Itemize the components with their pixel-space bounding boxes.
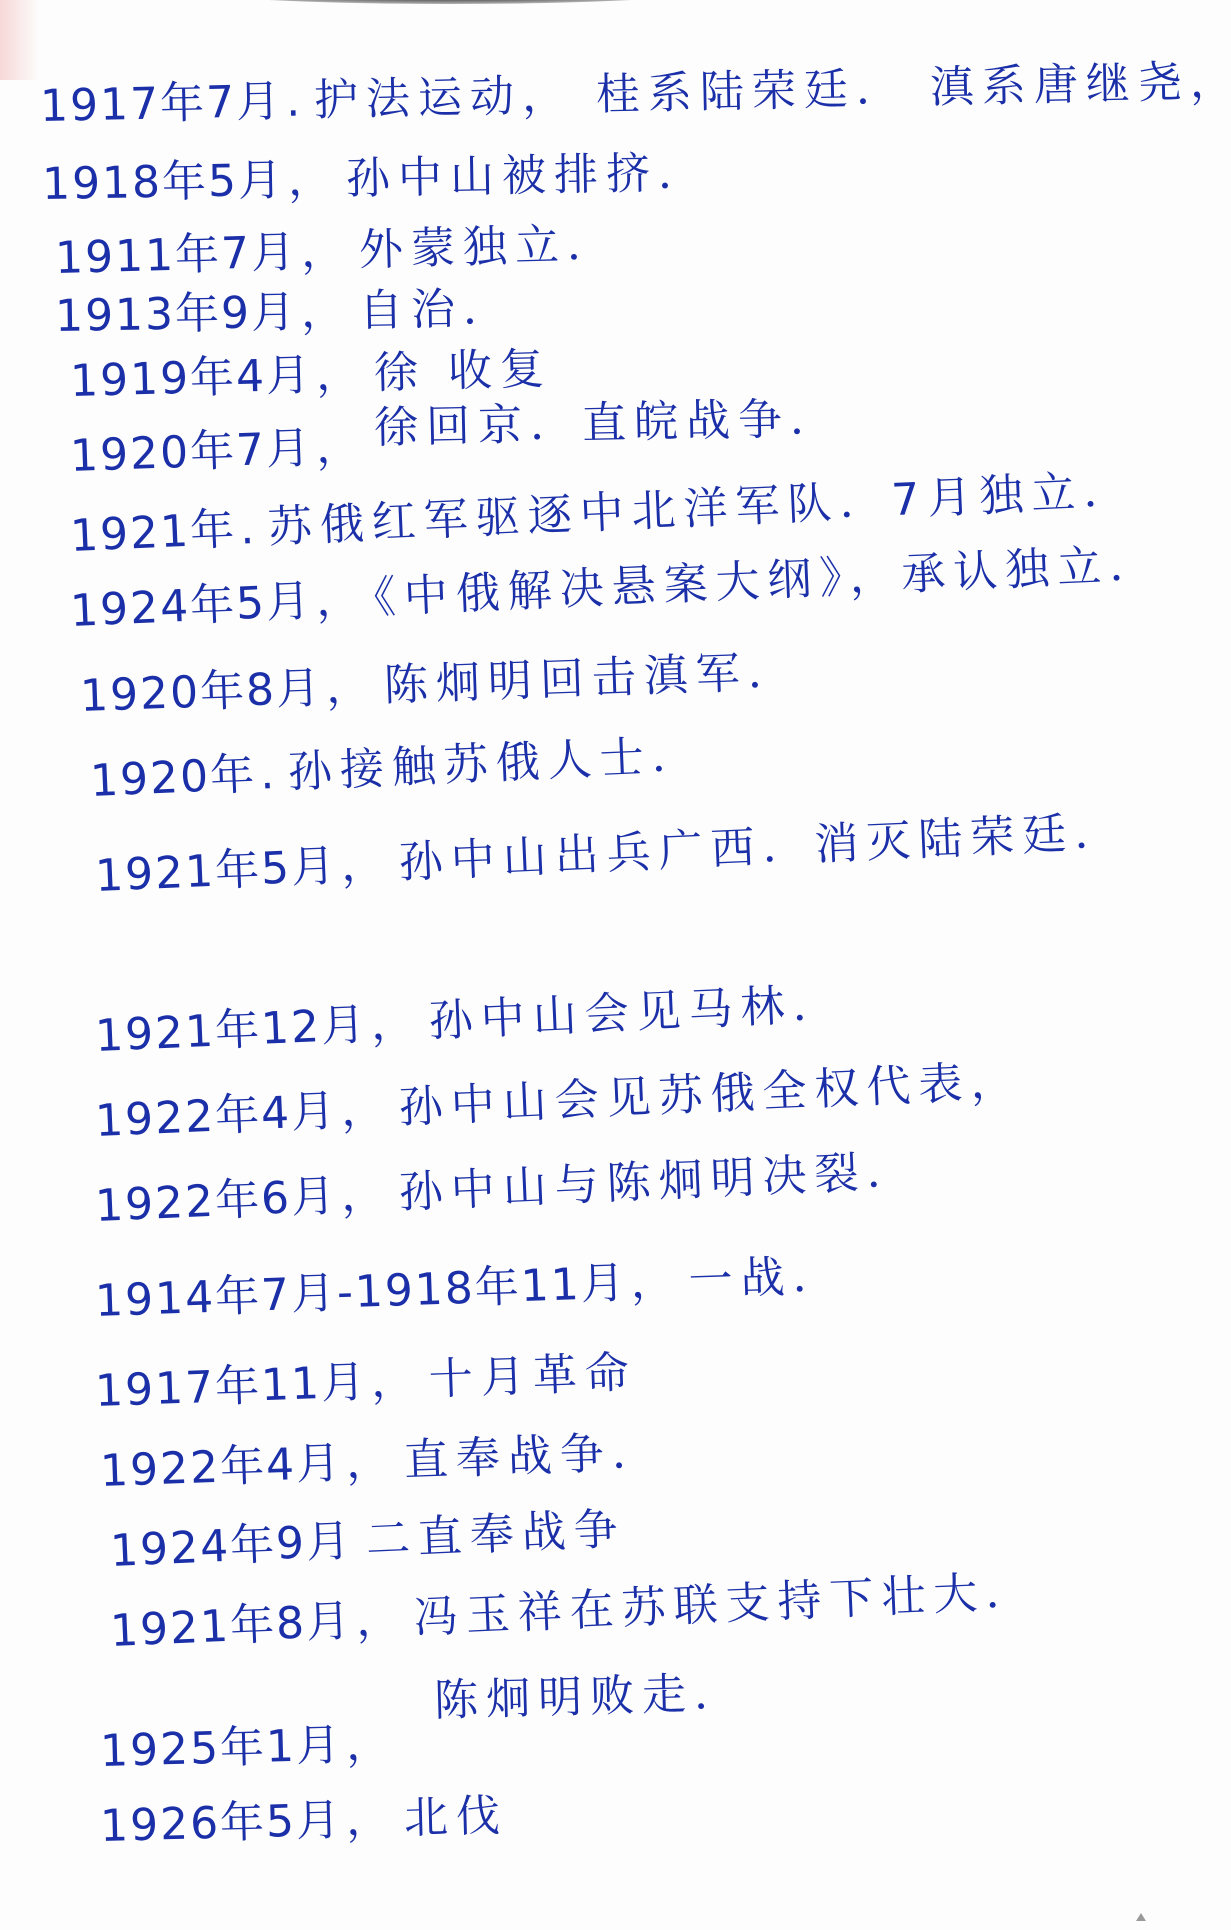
timeline-entry: 徐回京．直皖战争． [359, 382, 842, 456]
entry-event: 自治． [359, 283, 516, 337]
entry-date: 1925年1月 [99, 1720, 342, 1777]
entry-date: 1917年7月 [40, 76, 283, 132]
entry-event: 二直奉战争 [365, 1504, 627, 1566]
entry-date: 1918年5月 [42, 155, 285, 210]
entry-separator: ， [340, 1083, 390, 1136]
entry-event: 孙中山会见马林． [428, 978, 846, 1047]
entry-event: 冯玉祥在苏联支持下壮大． [413, 1566, 1039, 1644]
entry-separator: ， [325, 661, 375, 714]
entry-separator: ， [301, 286, 350, 338]
entry-separator: ， [345, 1436, 395, 1489]
entry-date: 1919年4月 [69, 350, 312, 407]
timeline-entry: 1917年11月，十月革命 [94, 1336, 638, 1419]
entry-event: 孙中山被排挤． [346, 147, 711, 204]
entry-separator: ， [315, 573, 365, 626]
timeline-entry: 1920年7月， [69, 409, 375, 484]
entry-event: 北伐 [403, 1790, 508, 1844]
entry-separator: ， [340, 1168, 390, 1221]
timeline-entry: 1922年4月，直奉战争． [99, 1415, 665, 1499]
entry-event: 一战． [688, 1250, 846, 1306]
entry-date: 1921年5月 [94, 840, 338, 902]
entry-date: 1913年9月 [55, 287, 298, 342]
entry-separator: . [285, 75, 304, 126]
entry-event: 孙中山与陈炯明决裂． [398, 1145, 920, 1219]
entry-separator: . [259, 748, 279, 800]
entry-separator [423, 1676, 424, 1727]
entry-date: 1924年5月 [69, 575, 313, 637]
entry-event: 陈炯明败走． [433, 1667, 746, 1726]
timeline-entry: 1917年7月.护法运动， 桂系陆荣廷． 滇系唐继尧， [39, 45, 1231, 134]
entry-event: 陈炯明回击滇军． [383, 646, 801, 711]
entry-event: 孙接触苏俄人士． [287, 729, 705, 798]
entry-date: 1921年12月 [94, 999, 368, 1062]
entry-separator: ， [345, 1718, 394, 1770]
entry-date: 1920年8月 [79, 663, 323, 722]
entry-event: 十月革命 [428, 1347, 638, 1405]
timeline-entry: 1918年5月，孙中山被排挤． [41, 136, 710, 212]
timeline-entry: 陈炯明败走． [419, 1656, 747, 1729]
entry-event: 徐回京．直皖战争． [374, 393, 843, 454]
timeline-entry: 1924年9月二直奉战争 [109, 1493, 627, 1579]
entry-separator: ， [345, 1793, 394, 1845]
entry-date: 1920年7月 [69, 423, 313, 482]
entry-date: 1920年 [89, 749, 257, 807]
timeline-entry: 1921年5月，孙中山出兵广西．消灭陆荣廷． [94, 795, 1128, 904]
entry-separator: . [239, 503, 259, 555]
entry-date: 1926年5月 [99, 1795, 342, 1852]
timeline-entry: 1922年6月，孙中山与陈炯明决裂． [94, 1134, 920, 1234]
entry-date: 1924年9月 [109, 1515, 353, 1577]
timeline-entry: 1913年9月，自治． [54, 272, 515, 344]
entry-separator: ， [340, 838, 390, 891]
entry-date: 1921年8月 [109, 1595, 353, 1657]
entry-separator: ， [630, 1256, 680, 1309]
entry-date: 1922年4月 [99, 1438, 343, 1497]
entry-date: 1921年 [69, 504, 237, 562]
entry-event: 孙中山出兵广西．消灭陆荣廷． [398, 806, 1128, 889]
corner-tint [0, 0, 40, 80]
entry-event: 《中俄解决悬案大纲》，承认独立． [373, 538, 1162, 623]
entry-event [403, 1718, 404, 1769]
timeline-entry: 1921年12月，孙中山会见马林． [94, 967, 846, 1064]
entry-date: 1914年7月-1918年11月 [94, 1257, 627, 1327]
entry-date: 1917年11月 [94, 1357, 368, 1417]
timeline-entry: 1926年5月，北伐 [99, 1779, 509, 1854]
entry-separator: ， [355, 1593, 405, 1646]
entry-event: 外蒙独立． [358, 218, 619, 276]
entry-separator: ， [288, 154, 337, 206]
timeline-entry: 1922年4月，孙中山会见苏俄全权代表， [94, 1045, 1024, 1149]
entry-separator: ， [315, 348, 364, 400]
timeline-entry: 1920年.孙接触苏俄人士． [89, 718, 705, 809]
notebook-page: 1917年7月.护法运动， 桂系陆荣廷． 滇系唐继尧，1918年5月，孙中山被排… [0, 0, 1231, 1930]
top-shadow [170, 0, 730, 4]
entry-separator: ， [315, 421, 365, 474]
entry-event: 直奉战争． [403, 1426, 665, 1486]
entry-separator: ， [370, 1355, 420, 1408]
entry-event: 护法运动， 桂系陆荣廷． 滇系唐继尧， [313, 56, 1231, 126]
timeline-entry: 1920年8月，陈炯明回击滇军． [79, 635, 801, 724]
entry-date: 1922年4月 [94, 1085, 338, 1147]
scroll-marker-icon [1136, 1913, 1146, 1921]
entry-event: 孙中山会见苏俄全权代表， [398, 1056, 1024, 1134]
timeline-entry: 1925年1月， [99, 1707, 405, 1779]
entry-separator: ， [370, 997, 420, 1050]
entry-separator: ， [300, 225, 349, 277]
timeline-entry: 1914年7月-1918年11月，一战． [94, 1239, 846, 1329]
entry-date [419, 1676, 420, 1727]
entry-date: 1922年6月 [94, 1170, 338, 1232]
entry-separator [355, 1515, 357, 1566]
